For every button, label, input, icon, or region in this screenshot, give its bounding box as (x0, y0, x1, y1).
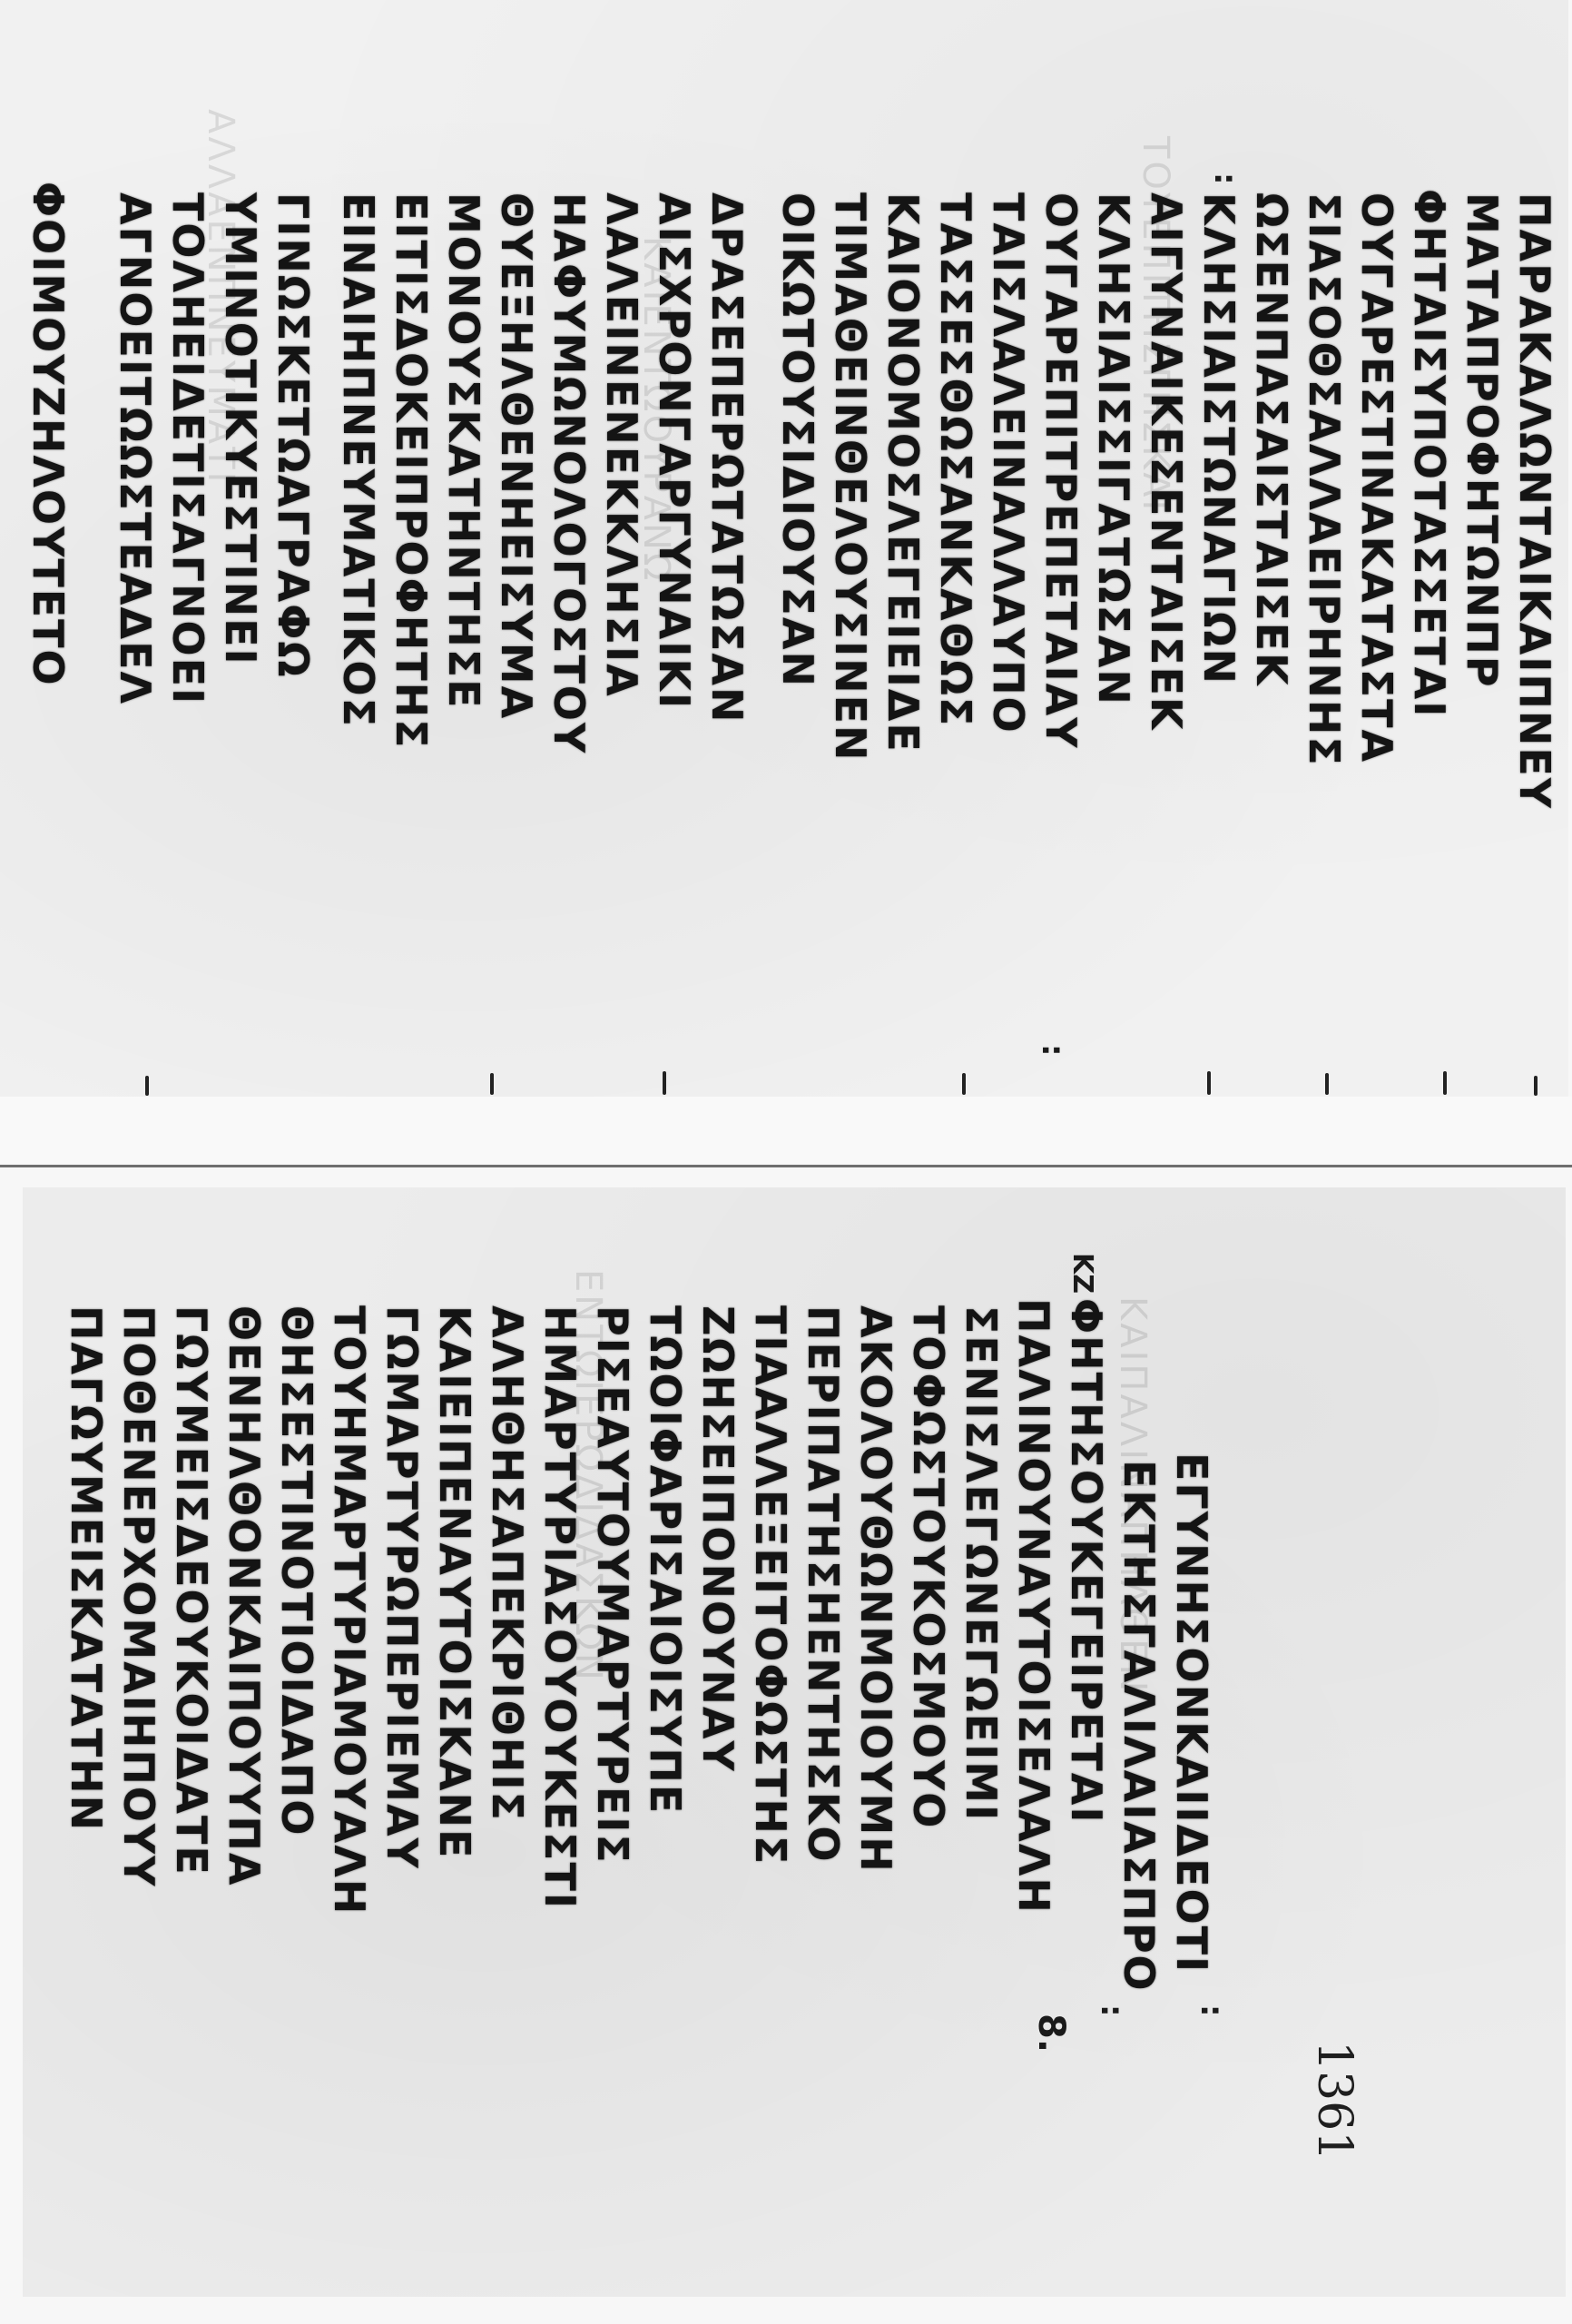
text-line: ΘΥΕΞΗΛΘΕΝΗΕΙΣΥΜΑ (496, 192, 537, 720)
text-line: ΤΑΙΣΛΑΛΕΙΝΑΛΛΑΥΠΟ (987, 192, 1029, 734)
text-line: ΑΛΗΘΗΣΑΠΕΚΡΙΘΗΙΣ (486, 1305, 528, 1822)
text-line: ΑΙΓΥΝΑΙΚΕΣΕΝΤΑΙΣΕΚ (1145, 192, 1187, 732)
text-line: ΜΟΝΟΥΣΚΑΤΗΝΤΗΣΕ (443, 192, 485, 710)
text-line: ΣΙΑΣΟΘΣΑΛΛΑΕΙΡΗΝΗΣ (1303, 192, 1345, 767)
text-line: ΓΩΥΜΕΙΣΔΕΟΥΚΟΙΔΑΤΕ (171, 1305, 212, 1876)
text-line: ΗΑΦΥΜΩΝΟΛΟΓΟΣΤΟΥ (548, 192, 590, 754)
ink-stroke (145, 1076, 149, 1096)
text-line: ΘΕΝΗΛΘΟΝΚΑΙΠΟΥΥΠΑ (223, 1305, 265, 1887)
text-line: ΓΙΝΩΣΚΕΤΩΑΓΡΑΦΩ (272, 192, 314, 678)
margin-mark: : (1035, 1044, 1071, 1057)
section-mark: 8. (1030, 2014, 1072, 2053)
text-line: ΖΩΗΣΕΙΠΟΝΟΥΝΑΥ (697, 1305, 739, 1773)
text-line: ΟΥΓΑΡΕΣΤΙΝΑΚΑΤΑΣΤΑ (1356, 192, 1398, 763)
text-line: ΟΥΓΑΡΕΠΙΤΡΕΠΕΤΑΙΑΥ (1040, 192, 1082, 750)
manuscript-photo-top: ΤΟΥΕΠΙΤΗΣΓΗΣΚΑΙ ΚΑΙΕΝΤΩΟΥΡΑΝΩ ΑΛΛΑΕΝΠΝΕΥ… (0, 0, 1568, 1097)
text-line: ΦΗΤΗΣΟΥΚΕΓΕΙΡΕΤΑΙ (1066, 1298, 1107, 1824)
text-line: ΚΛΗΣΙΑΙΣΤΩΝΑΓΙΩΝ (1198, 192, 1240, 685)
text-line: ΠΕΡΙΠΑΤΗΣΗΕΝΤΗΣΚΟ (802, 1305, 844, 1864)
text-line: ΗΜΑΡΤΥΡΙΑΣΟΥΟΥΚΕΣΤΙ (539, 1305, 581, 1910)
ink-stroke (1443, 1071, 1447, 1095)
ink-stroke (490, 1073, 494, 1095)
text-line: ΘΗΣΕΣΤΙΝΟΤΙΟΙΔΑΠΟ (276, 1305, 318, 1837)
text-line: ΑΙΣΧΡΟΝΓΑΡΓΥΝΑΙΚΙ (653, 192, 695, 710)
text-line: ΥΜΙΝΟΤΙΚΥΕΣΤΙΝΕΙ (220, 192, 261, 666)
ink-stroke (962, 1073, 966, 1095)
text-line: ΤΑΣΣΕΣΘΩΣΑΝΚΑΘΩΣ (935, 192, 977, 727)
page-number: 1361 (1307, 2041, 1361, 2161)
text-line: ΤΙΜΑΘΕΙΝΘΕΛΟΥΣΙΝΕΝ (830, 192, 871, 763)
text-line: ΤΩΟΙΦΑΡΙΣΑΙΟΙΣΥΠΕ (644, 1305, 686, 1815)
text-line: ΠΑΓΩΥΜΕΙΣΚΑΤΑΤΗΝ (65, 1305, 107, 1832)
text-line: ΚΑΙΟΝΟΜΟΣΛΕΓΕΙΕΙΔΕ (882, 192, 924, 753)
ink-stroke (1325, 1073, 1329, 1095)
text-line: ΕΙΤΙΣΔΟΚΕΙΠΡΟΦΗΤΗΣ (390, 192, 432, 750)
text-line: ΜΑΤΑΠΡΟΦΗΤΩΝΠΡ (1461, 192, 1503, 688)
text-line: ΓΩΜΑΡΤΥΡΩΠΕΡΙΕΜΑΥ (381, 1305, 423, 1870)
text-line: ΦΟΙΜΟΥΖΗΛΟΥΤΕΤΟ (27, 182, 69, 687)
text-line: ΦΗΤΑΙΣΥΠΟΤΑΣΣΕΤΑΙ (1409, 189, 1450, 718)
divider-line (0, 1165, 1572, 1167)
text-line: ΛΑΛΕΙΝΕΝΕΚΚΛΗΣΙΑ (601, 192, 643, 698)
ink-stroke (1207, 1071, 1211, 1095)
text-line: ΡΙΣΕΑΥΤΟΥΜΑΡΤΥΡΕΙΣ (592, 1305, 634, 1865)
margin-mark: : (1207, 172, 1243, 185)
text-line: ΤΙΑΑΛΛΕΞΕΙΤΟΦΩΣΤΗΣ (750, 1305, 791, 1866)
text-line: ΑΓΝΟΕΙΤΩΩΣΤΕΑΔΕΛ (114, 192, 156, 705)
text-line: ΕΚΤΗΣΓΑΛΙΛΑΙΑΣΠΡΟ (1118, 1460, 1160, 1993)
text-line: ΕΓΥΝΗΣΟΝΚΑΙΙΔΕΟΤΙ (1171, 1452, 1213, 1974)
text-line: ΚΑΙΕΙΠΕΝΑΥΤΟΙΣΚΑΝΕ (434, 1305, 476, 1859)
chapter-number: ΚΖ (1066, 1253, 1098, 1294)
ink-stroke (663, 1071, 666, 1095)
text-line: ΟΙΚΩΤΟΥΣΙΔΙΟΥΣΑΝ (777, 192, 819, 688)
ink-stroke (1534, 1076, 1538, 1096)
margin-mark: : (1094, 2004, 1130, 2017)
margin-mark: : (1194, 2004, 1230, 2017)
text-line: ΠΑΡΑΚΑΛΩΝΤΑΙΚΑΙΠΝΕΥ (1514, 192, 1556, 810)
text-line: ΠΟΘΕΝΕΡΧΟΜΑΙΗΠΟΥΥ (118, 1305, 160, 1888)
text-line: ΣΕΝΙΣΛΕΓΩΝΕΓΩΕΙΜΙ (960, 1305, 1002, 1822)
text-line: ΑΚΟΛΟΥΘΩΝΜΟΙΟΥΜΗ (855, 1305, 897, 1874)
text-line: ΚΛΗΣΙΑΙΣΣΙΓΑΤΩΣΑΝ (1093, 192, 1135, 706)
text-line: ΩΣΕΝΠΑΣΑΙΣΤΑΙΣΕΚ (1251, 192, 1292, 687)
text-line: ΤΟΦΩΣΤΟΥΚΟΣΜΟΥΟ (908, 1305, 949, 1829)
text-line: ΤΟΛΗΕΙΔΕΤΙΣΑΓΝΟΕΙ (167, 192, 209, 705)
text-line: ΕΙΝΑΙΗΠΝΕΥΜΑΤΙΚΟΣ (338, 192, 379, 728)
photo-separator (0, 1097, 1572, 1166)
text-line: ΔΡΑΣΕΠΕΡΩΤΑΤΩΣΑΝ (706, 192, 748, 724)
text-line: ΤΟΥΗΜΑΡΤΥΡΙΑΜΟΥΑΛΗ (329, 1305, 370, 1915)
text-line: ΠΑΛΙΝΟΥΝΑΥΤΟΙΣΕΛΑΛΗ (1013, 1298, 1055, 1915)
